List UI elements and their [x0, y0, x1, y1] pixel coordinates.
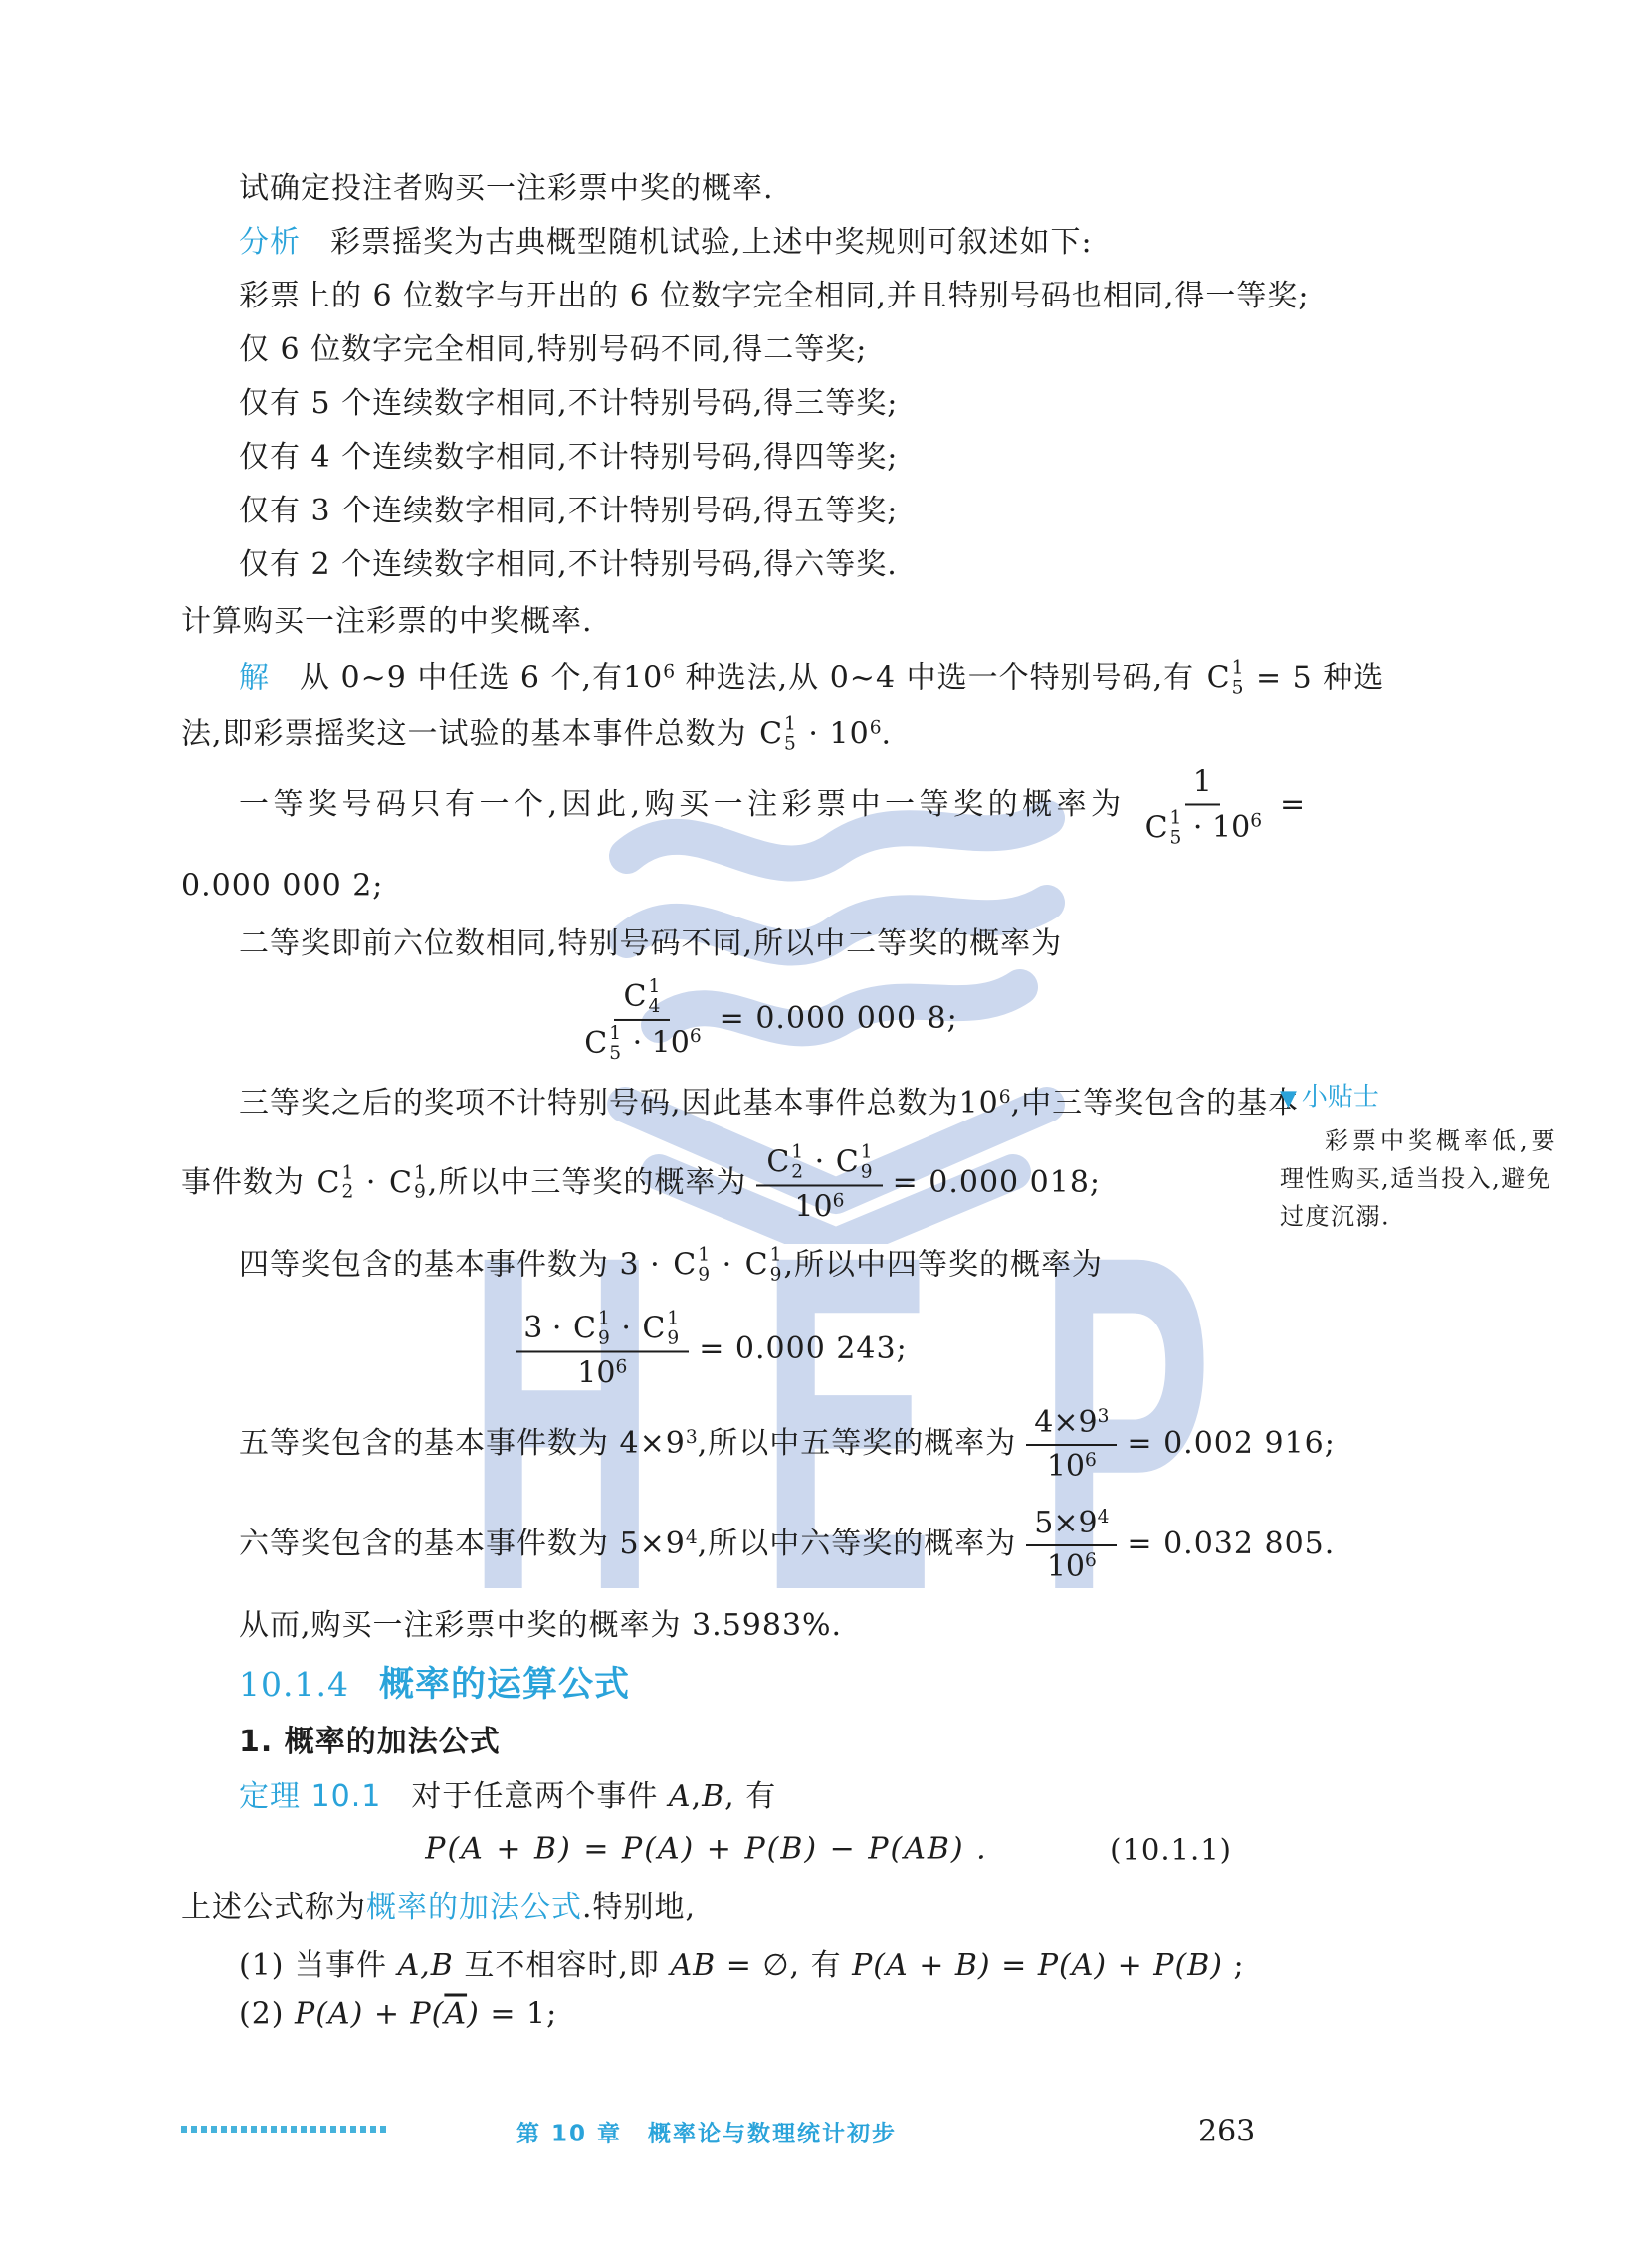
section-title: 概率的运算公式	[379, 1665, 630, 1705]
solution-label: 解	[239, 660, 270, 695]
theorem-line: 定理 10.1对于任意两个事件 A,B, 有	[239, 1771, 776, 1815]
conclusion-line: 从而,购买一注彩票中奖的概率为 3.5983%.	[239, 1600, 842, 1644]
analysis-intro: 彩票摇奖为古典概型随机试验,上述中奖规则可叙述如下:	[330, 225, 1093, 260]
solution-line-11: 法,即彩票摇奖这一试验的基本事件总数为 C15 · 106.	[181, 709, 892, 753]
margin-tip-line: 彩票中奖概率低,要	[1325, 1121, 1559, 1156]
margin-tip-line: 过度沉溺.	[1280, 1197, 1390, 1232]
third-prize-formula-line: 事件数为 C12 · C19,所以中三等奖的概率为C12 · C19106= 0…	[181, 1142, 1101, 1225]
rule-third-prize: 仅有 5 个连续数字相同,不计特别号码,得三等奖;	[239, 378, 898, 422]
first-prize-probability-value: 0.000 000 2;	[181, 869, 383, 904]
chapter-title: 概率论与数理统计初步	[648, 2122, 897, 2147]
first-prize-probability-line: 一等奖号码只有一个,因此,购买一注彩票中一等奖的概率为1C15 · 106=	[239, 764, 1306, 847]
analysis-label: 分析	[239, 225, 301, 260]
rule-second-prize: 仅 6 位数字完全相同,特别号码不同,得二等奖;	[239, 324, 867, 368]
margin-tip-title: 小贴士	[1302, 1083, 1379, 1113]
chapter-number: 第 10 章	[516, 2122, 622, 2147]
fifth-prize-line: 五等奖包含的基本事件数为 4×93,所以中五等奖的概率为4×93106= 0.0…	[239, 1405, 1336, 1485]
solution-line-10: 从 0~9 中任选 6 个,有106 种选法,从 0~4 中选一个特别号码,有 …	[300, 660, 1384, 695]
analysis-closing: 计算购买一注彩票的中奖概率.	[181, 596, 593, 640]
rule-sixth-prize: 仅有 2 个连续数字相同,不计特别号码,得六等奖.	[239, 539, 898, 583]
equation-number: (10.1.1)	[1110, 1832, 1232, 1866]
solution-first-line: 解从 0~9 中任选 6 个,有106 种选法,从 0~4 中选一个特别号码,有…	[239, 652, 1384, 697]
formula-name-line: 上述公式称为概率的加法公式.特别地,	[181, 1882, 696, 1926]
theorem-label: 定理 10.1	[239, 1779, 381, 1814]
second-prize-formula: C14C15 · 106= 0.000 000 8;	[236, 977, 1287, 1063]
second-prize-intro: 二等奖即前六位数相同,特别号码不同,所以中二等奖的概率为	[239, 918, 1062, 962]
subsection-heading: 1. 概率的加法公式	[239, 1717, 501, 1760]
section-heading: 10.1.4概率的运算公式	[239, 1657, 630, 1707]
triangle-marker-icon: ▼	[1280, 1087, 1297, 1112]
theorem-statement: 对于任意两个事件 A,B, 有	[411, 1779, 776, 1814]
footer-chapter: 第 10 章概率论与数理统计初步	[181, 2116, 1232, 2148]
equation-body: P(A + B) = P(A) + P(B) − P(AB) .	[425, 1832, 987, 1867]
special-case-1: (1) 当事件 A,B 互不相容时,即 AB = ∅, 有 P(A + B) =…	[239, 1940, 1245, 1984]
margin-tip-heading: ▼小贴士	[1280, 1077, 1379, 1114]
analysis-paragraph: 分析彩票摇奖为古典概型随机试验,上述中奖规则可叙述如下:	[239, 217, 1093, 261]
problem-statement: 试确定投注者购买一注彩票中奖的概率.	[239, 163, 774, 207]
third-prize-intro: 三等奖之后的奖项不计特别号码,因此基本事件总数为106,中三等奖包含的基本	[239, 1078, 1299, 1121]
textbook-page: HEP 试确定投注者购买一注彩票中奖的概率. 分析彩票摇奖为古典概型随机试验,上…	[0, 0, 1652, 2241]
fourth-prize-intro: 四等奖包含的基本事件数为 3 · C19 · C19,所以中四等奖的概率为	[239, 1239, 1103, 1284]
section-number: 10.1.4	[239, 1665, 349, 1704]
fourth-prize-formula: 3 · C19 · C19106= 0.000 243;	[181, 1309, 1232, 1391]
rule-fifth-prize: 仅有 3 个连续数字相同,不计特别号码,得五等奖;	[239, 486, 898, 529]
sixth-prize-line: 六等奖包含的基本事件数为 5×94,所以中六等奖的概率为5×94106= 0.0…	[239, 1506, 1335, 1585]
rule-fourth-prize: 仅有 4 个连续数字相同,不计特别号码,得四等奖;	[239, 432, 898, 476]
page-number: 263	[1198, 2115, 1255, 2149]
addition-formula-equation: P(A + B) = P(A) + P(B) − P(AB) .(10.1.1)	[181, 1832, 1232, 1867]
margin-tip-line: 理性购买,适当投入,避免	[1280, 1159, 1551, 1194]
special-case-2: (2) P(A) + P(A) = 1;	[239, 1997, 557, 2032]
rule-first-prize: 彩票上的 6 位数字与开出的 6 位数字完全相同,并且特别号码也相同,得一等奖;	[239, 271, 1310, 314]
